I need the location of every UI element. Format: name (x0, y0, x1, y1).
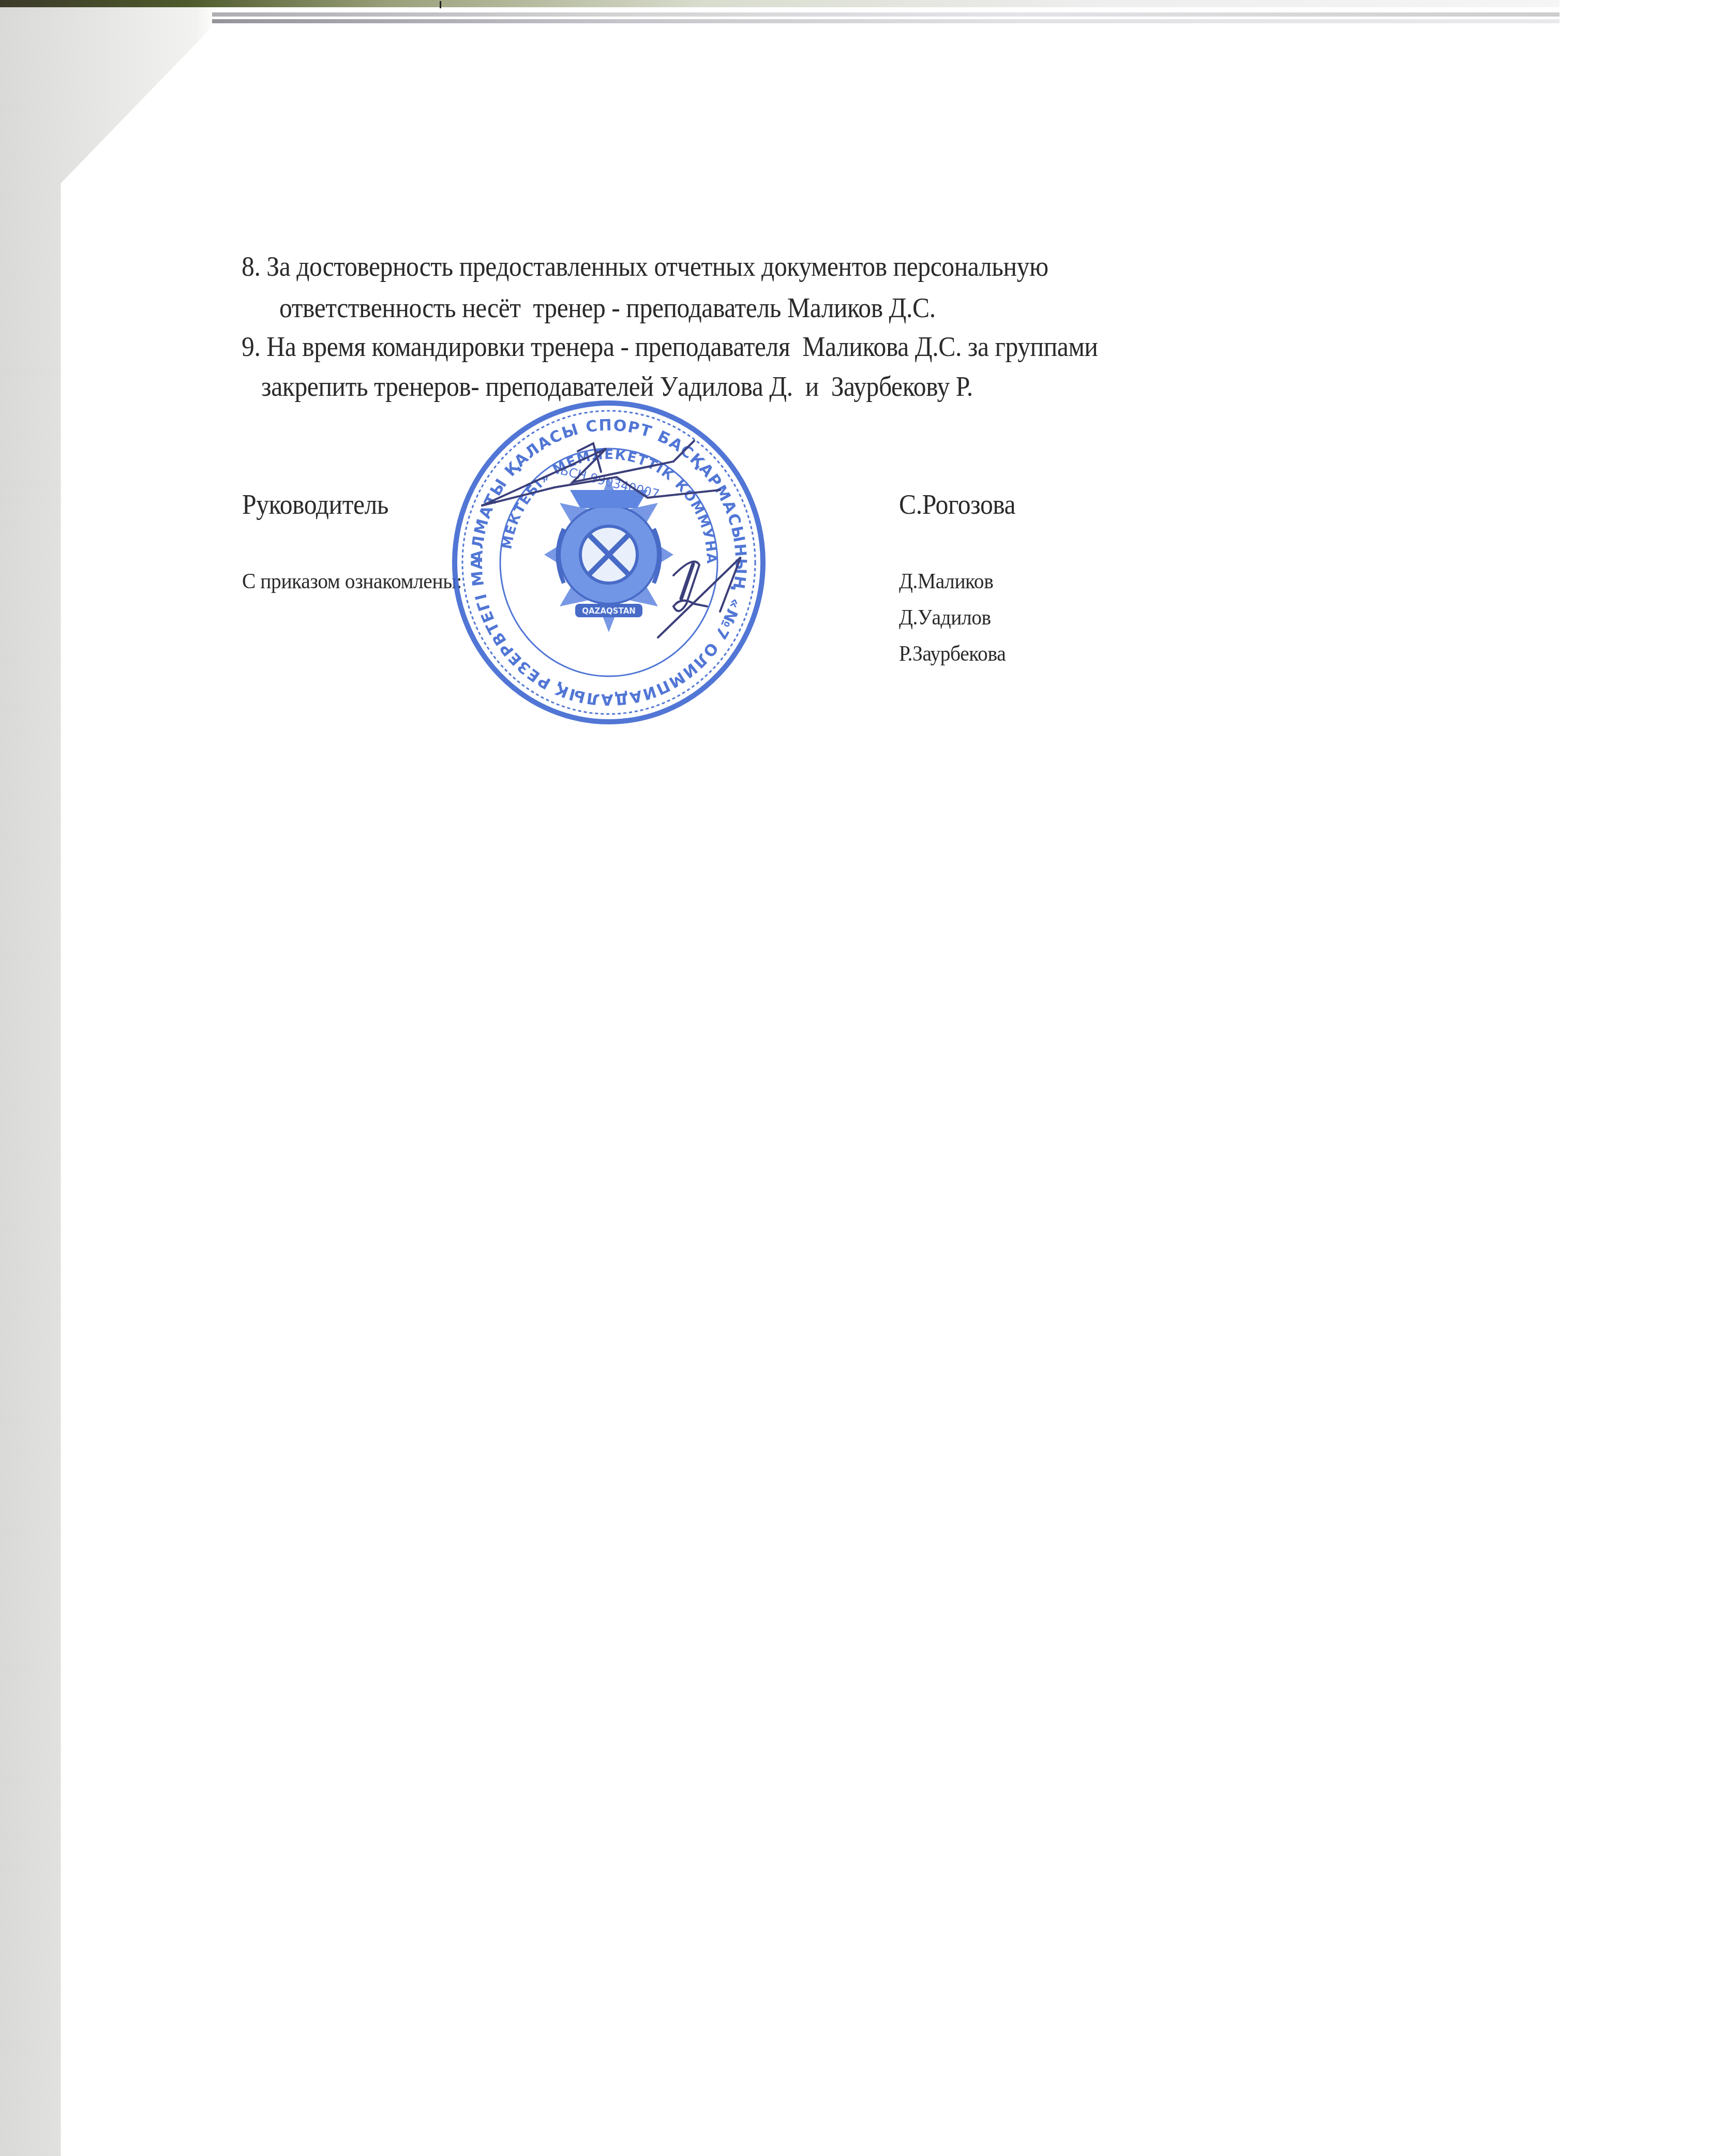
official-stamp: АЛМАТЫ ҚАЛАСЫ СПОРТ БАСҚАРМАСЫНЫҢ «№7 ОЛ… (451, 399, 767, 725)
acknowledged-name: Р.Заурбекова (899, 643, 1006, 665)
item-9-line-1: 9. На время командировки тренера - препо… (242, 333, 1098, 361)
scan-streak (212, 12, 1560, 17)
scan-artifact-mark (440, 1, 441, 8)
item-8-line-2: ответственность несёт тренер - преподава… (279, 294, 936, 322)
scan-streak (212, 19, 1560, 23)
acknowledged-name: Д.Маликов (899, 570, 993, 592)
signature-role-label: Руководитель (242, 490, 388, 518)
scan-shadow-left-edge (0, 0, 217, 2156)
svg-text:QAZAQSTAN: QAZAQSTAN (582, 606, 636, 616)
item-9-line-2: закрепить тренеров- преподавателей Уадил… (261, 373, 973, 400)
scan-top-band (0, 0, 1560, 7)
acknowledgement-label: С приказом ознакомлены: (242, 570, 462, 592)
acknowledged-name: Д.Уадилов (899, 606, 991, 629)
item-8-line-1: 8. За достоверность предоставленных отче… (242, 252, 1048, 280)
signer-name: С.Рогозова (899, 490, 1015, 518)
